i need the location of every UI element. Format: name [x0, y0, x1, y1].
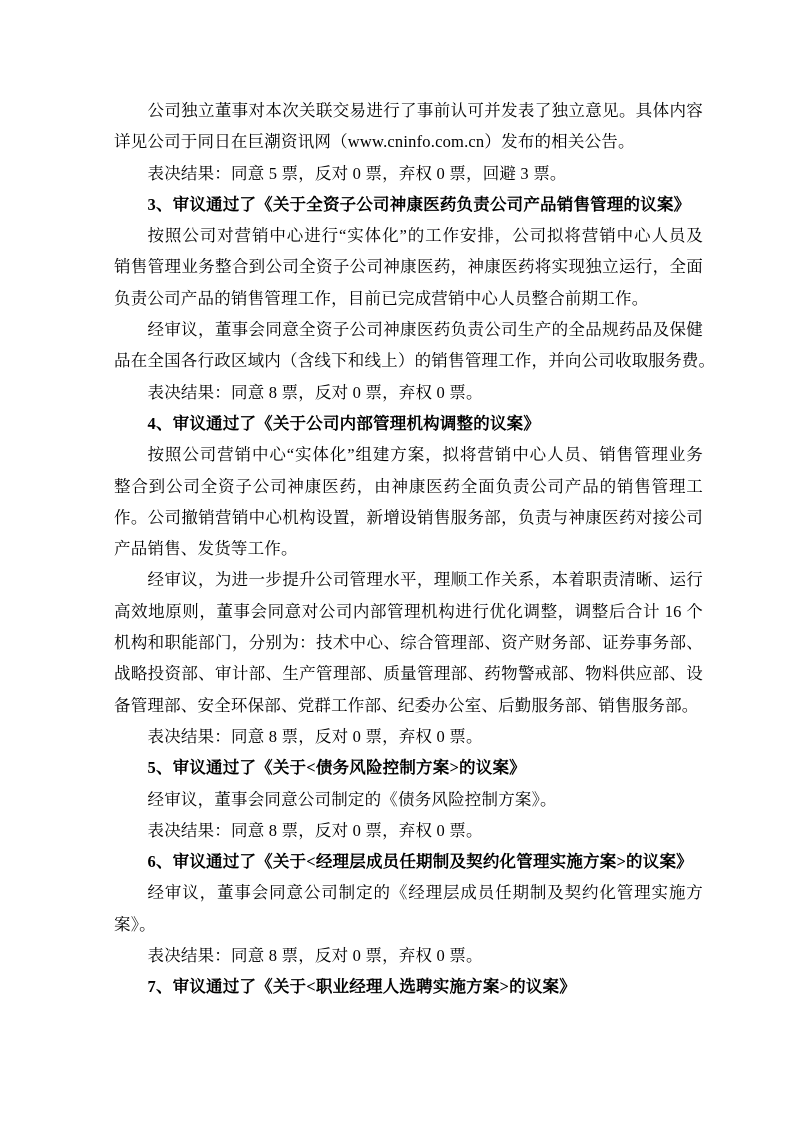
paragraph-line: 战略投资部、审计部、生产管理部、质量管理部、药物警戒部、物料供应部、设 [114, 658, 703, 689]
resolution-heading-line: 3、审议通过了《关于全资子公司神康医药负责公司产品销售管理的议案》 [114, 189, 703, 220]
resolution-heading-line: 5、审议通过了《关于<债务风险控制方案>的议案》 [114, 752, 703, 783]
paragraph-line: 品在全国各行政区域内（含线下和线上）的销售管理工作，并向公司收取服务费。 [114, 345, 703, 376]
document-body: 公司独立董事对本次关联交易进行了事前认可并发表了独立意见。具体内容详见公司于同日… [114, 95, 703, 1003]
paragraph-line: 产品销售、发货等工作。 [114, 533, 703, 564]
paragraph-line: 备管理部、安全环保部、党群工作部、纪委办公室、后勤服务部、销售服务部。 [114, 690, 703, 721]
paragraph-line: 公司独立董事对本次关联交易进行了事前认可并发表了独立意见。具体内容 [114, 95, 703, 126]
paragraph-line: 按照公司营销中心“实体化”组建方案，拟将营销中心人员、销售管理业务 [114, 439, 703, 470]
paragraph-line: 经审议，董事会同意公司制定的《经理层成员任期制及契约化管理实施方 [114, 877, 703, 908]
paragraph-line: 按照公司对营销中心进行“实体化”的工作安排，公司拟将营销中心人员及 [114, 220, 703, 251]
paragraph-line: 表决结果：同意 5 票，反对 0 票，弃权 0 票，回避 3 票。 [114, 158, 703, 189]
paragraph-line: 整合到公司全资子公司神康医药，由神康医药全面负责公司产品的销售管理工 [114, 471, 703, 502]
document-page: 公司独立董事对本次关联交易进行了事前认可并发表了独立意见。具体内容详见公司于同日… [0, 0, 793, 1122]
paragraph-line: 表决结果：同意 8 票，反对 0 票，弃权 0 票。 [114, 940, 703, 971]
paragraph-line: 经审议，董事会同意全资子公司神康医药负责公司生产的全品规药品及保健 [114, 314, 703, 345]
paragraph-line: 表决结果：同意 8 票，反对 0 票，弃权 0 票。 [114, 377, 703, 408]
paragraph-line: 表决结果：同意 8 票，反对 0 票，弃权 0 票。 [114, 815, 703, 846]
paragraph-line: 详见公司于同日在巨潮资讯网（www.cninfo.com.cn）发布的相关公告。 [114, 126, 703, 157]
paragraph-line: 高效地原则，董事会同意对公司内部管理机构进行优化调整，调整后合计 16 个 [114, 596, 703, 627]
resolution-heading-line: 7、审议通过了《关于<职业经理人选聘实施方案>的议案》 [114, 971, 703, 1002]
resolution-heading-line: 6、审议通过了《关于<经理层成员任期制及契约化管理实施方案>的议案》 [114, 846, 703, 877]
paragraph-line: 表决结果：同意 8 票，反对 0 票，弃权 0 票。 [114, 721, 703, 752]
paragraph-line: 经审议，为进一步提升公司管理水平，理顺工作关系，本着职责清晰、运行 [114, 564, 703, 595]
paragraph-line: 销售管理业务整合到公司全资子公司神康医药，神康医药将实现独立运行，全面 [114, 251, 703, 282]
paragraph-line: 案》。 [114, 909, 703, 940]
resolution-heading-line: 4、审议通过了《关于公司内部管理机构调整的议案》 [114, 408, 703, 439]
paragraph-line: 负责公司产品的销售管理工作，目前已完成营销中心人员整合前期工作。 [114, 283, 703, 314]
paragraph-line: 作。公司撤销营销中心机构设置，新增设销售服务部，负责与神康医药对接公司 [114, 502, 703, 533]
paragraph-line: 经审议，董事会同意公司制定的《债务风险控制方案》。 [114, 784, 703, 815]
paragraph-line: 机构和职能部门，分别为：技术中心、综合管理部、资产财务部、证券事务部、 [114, 627, 703, 658]
